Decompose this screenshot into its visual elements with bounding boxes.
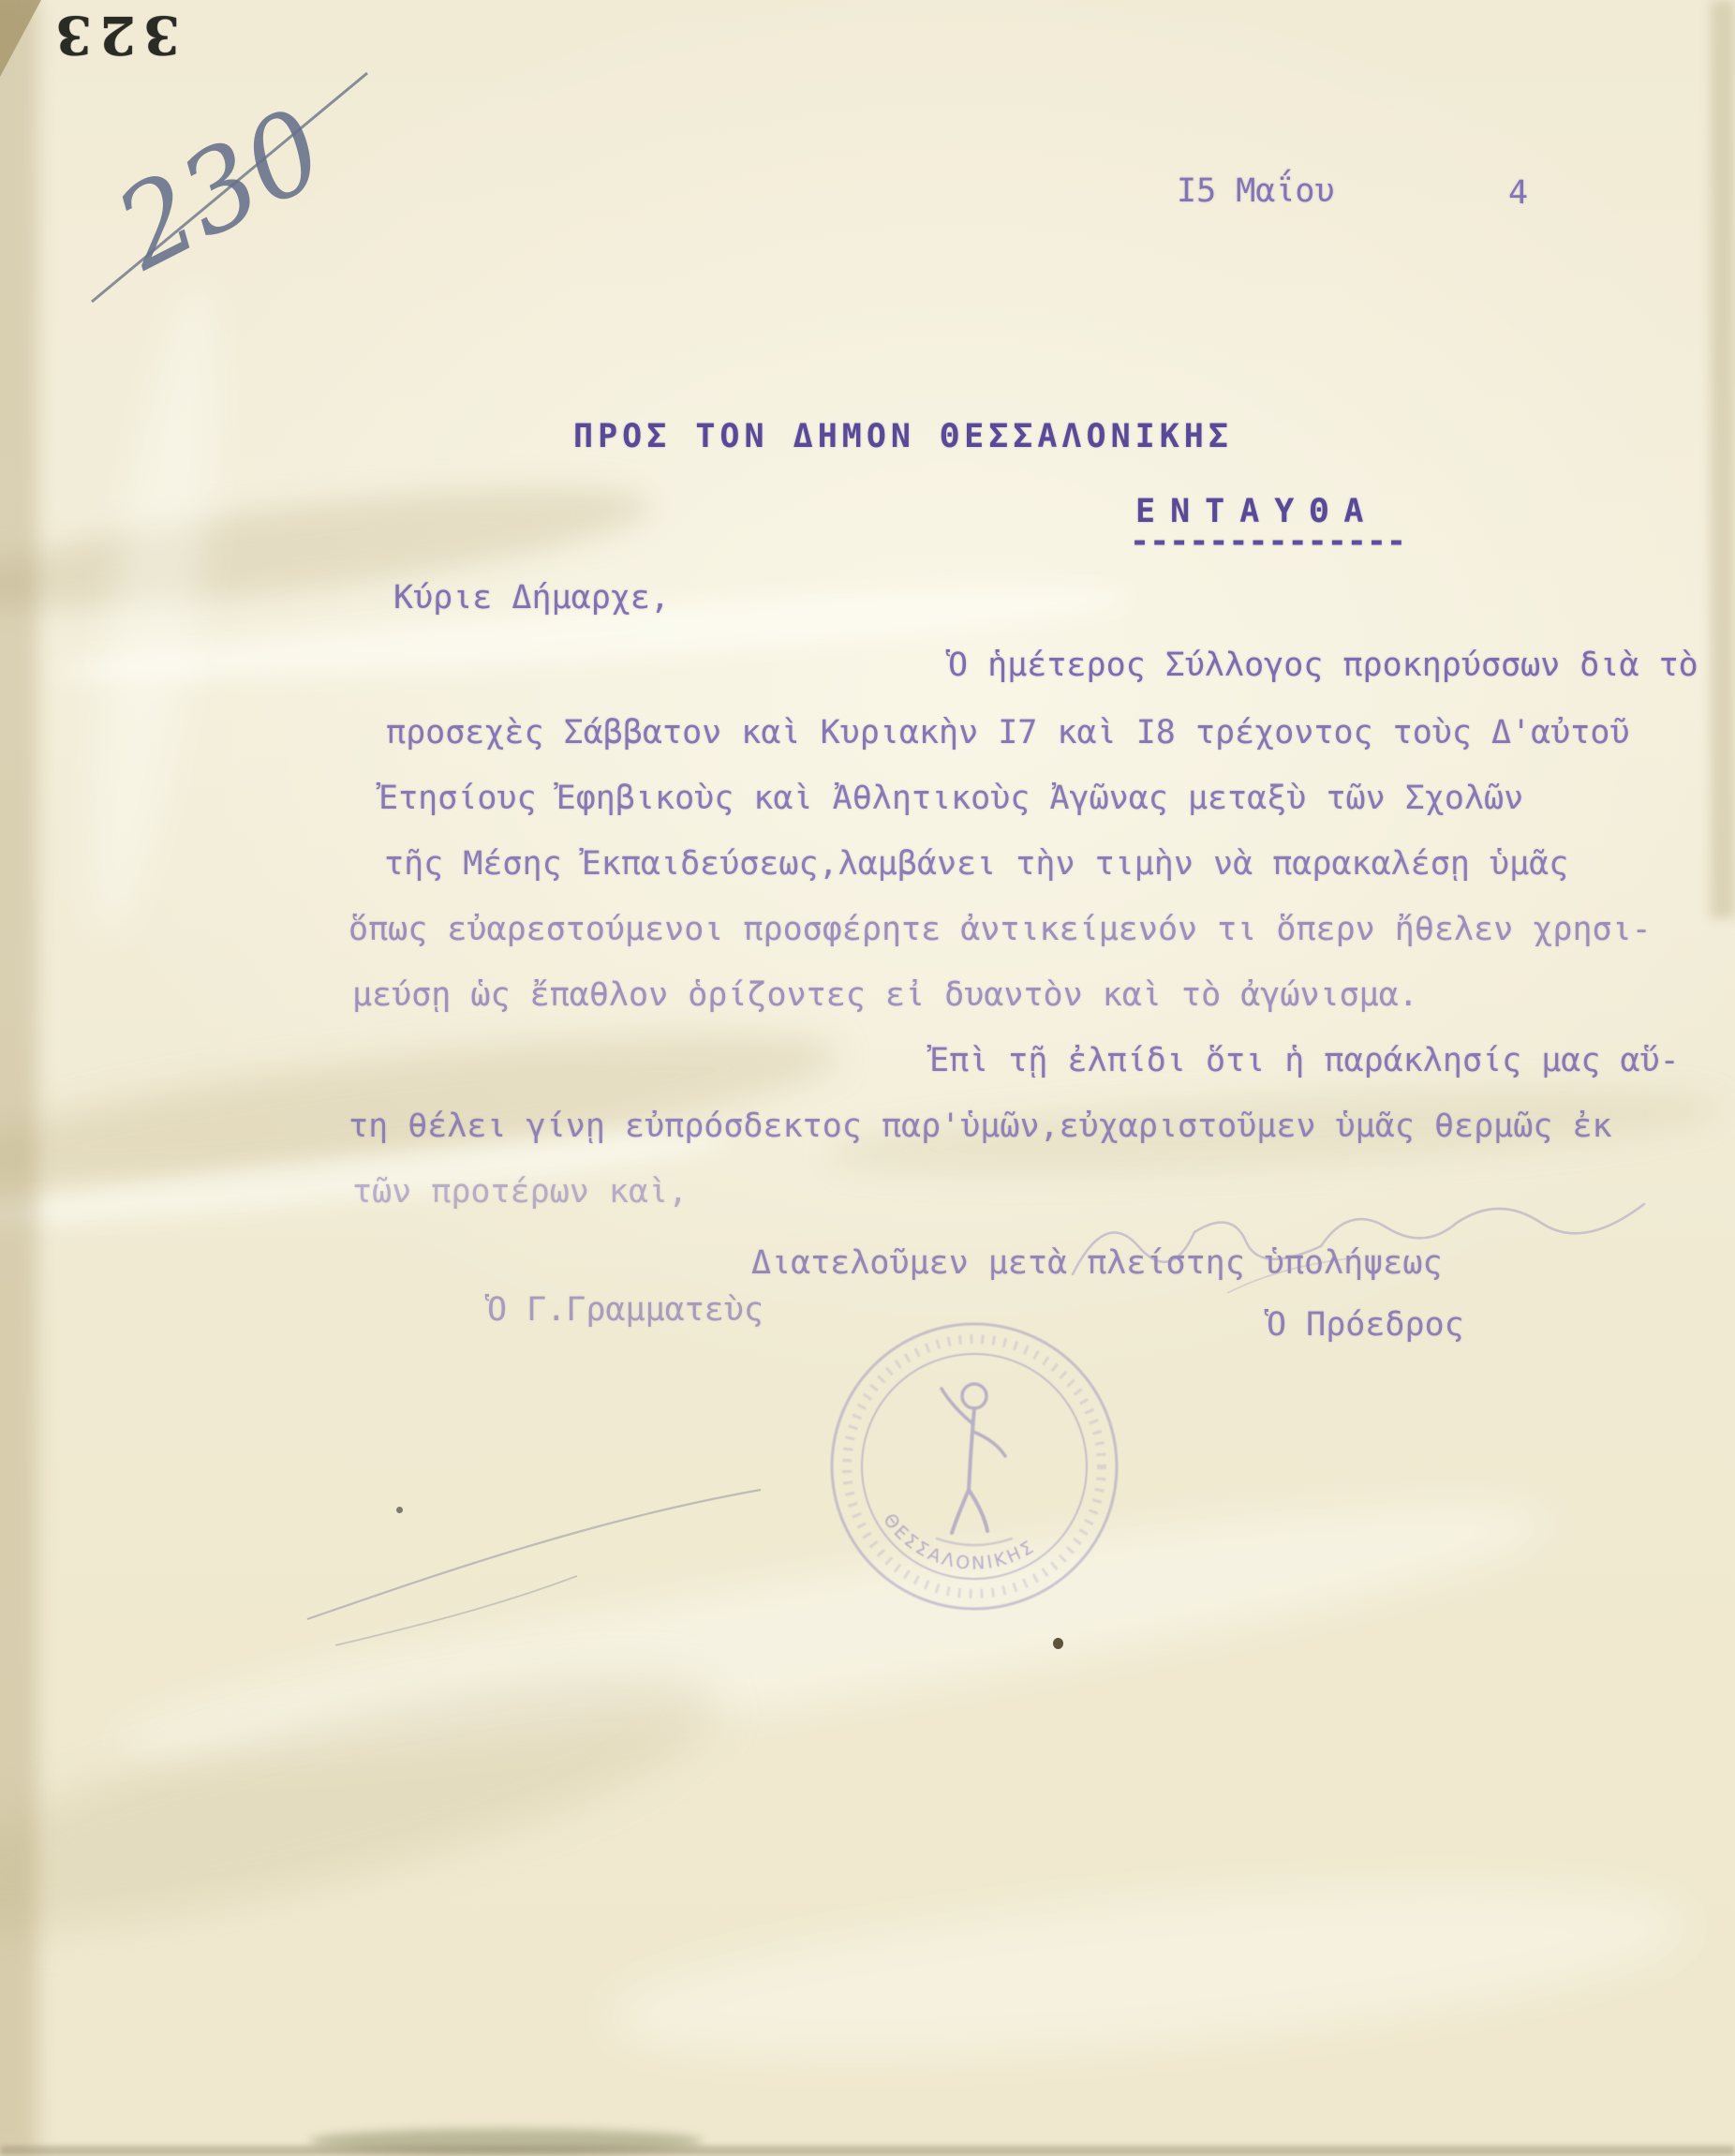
handwritten-protocol-number: 230 <box>66 56 403 319</box>
salutation: Κύριε Δήμαρχε, <box>393 577 670 618</box>
club-seal: ΘΕΣΣΑΛΟΝΙΚΗΣ <box>806 1293 1143 1640</box>
svg-text:ΘΕΣΣΑΛΟΝΙΚΗΣ: ΘΕΣΣΑΛΟΝΙΚΗΣ <box>879 1509 1039 1573</box>
body-line: τη θέλει γίνῃ εὐπρόσδεκτος παρ'ὑμῶν,εὐχα… <box>348 1106 1612 1147</box>
body-line: προσεχὲς Σάββατον καὶ Κυριακὴν Ι7 καὶ Ι8… <box>386 712 1630 753</box>
body-line: Ἐπὶ τῇ ἐλπίδι ὅτι ἡ παράκλησίς μας αὕ- <box>929 1040 1680 1081</box>
location-underline: -------------- <box>1130 521 1406 562</box>
body-line: μεύσῃ ὡς ἔπαθλον ὁρίζοντες εἰ δυαντὸν κα… <box>352 974 1418 1016</box>
body-line: ὅπως εὐαρεστούμενοι προσφέρητε ἀντικείμε… <box>348 909 1652 950</box>
body-line: Ἐτησίους Ἐφηβικοὺς καὶ Ἀθλητικοὺς Ἀγῶνας… <box>378 778 1523 819</box>
signature-title-secretary: Ὁ Γ.Γραμματεὺς <box>487 1289 764 1331</box>
body-line: τῆς Μέσης Ἐκπαιδεύσεως,λαμβάνει τὴν τιμὴ… <box>384 843 1568 885</box>
pencil-marks <box>281 1462 787 1677</box>
president-signature-scribble <box>1059 1162 1639 1321</box>
body-line: Ὁ ἡμέτερος Σύλλογος προκηρύσσων διὰ τὸ <box>948 645 1698 686</box>
recipient-line: ΠΡΟΣ ΤΟΝ ΔΗΜΟΝ ΘΕΣΣΑΛΟΝΙΚΗΣ <box>573 416 1233 457</box>
scanned-letter-page: { "colors": { "paper": "#f1ebd6", "typew… <box>0 0 1735 2156</box>
ink-speck <box>1053 1638 1063 1649</box>
svg-text:230: 230 <box>96 83 343 295</box>
body-line: τῶν προτέρων καὶ, <box>352 1171 688 1212</box>
date-day-month: Ι5 Μαΐου <box>1177 171 1335 212</box>
date-year-digit: 4 <box>1508 172 1528 214</box>
ink-speck <box>396 1507 403 1513</box>
